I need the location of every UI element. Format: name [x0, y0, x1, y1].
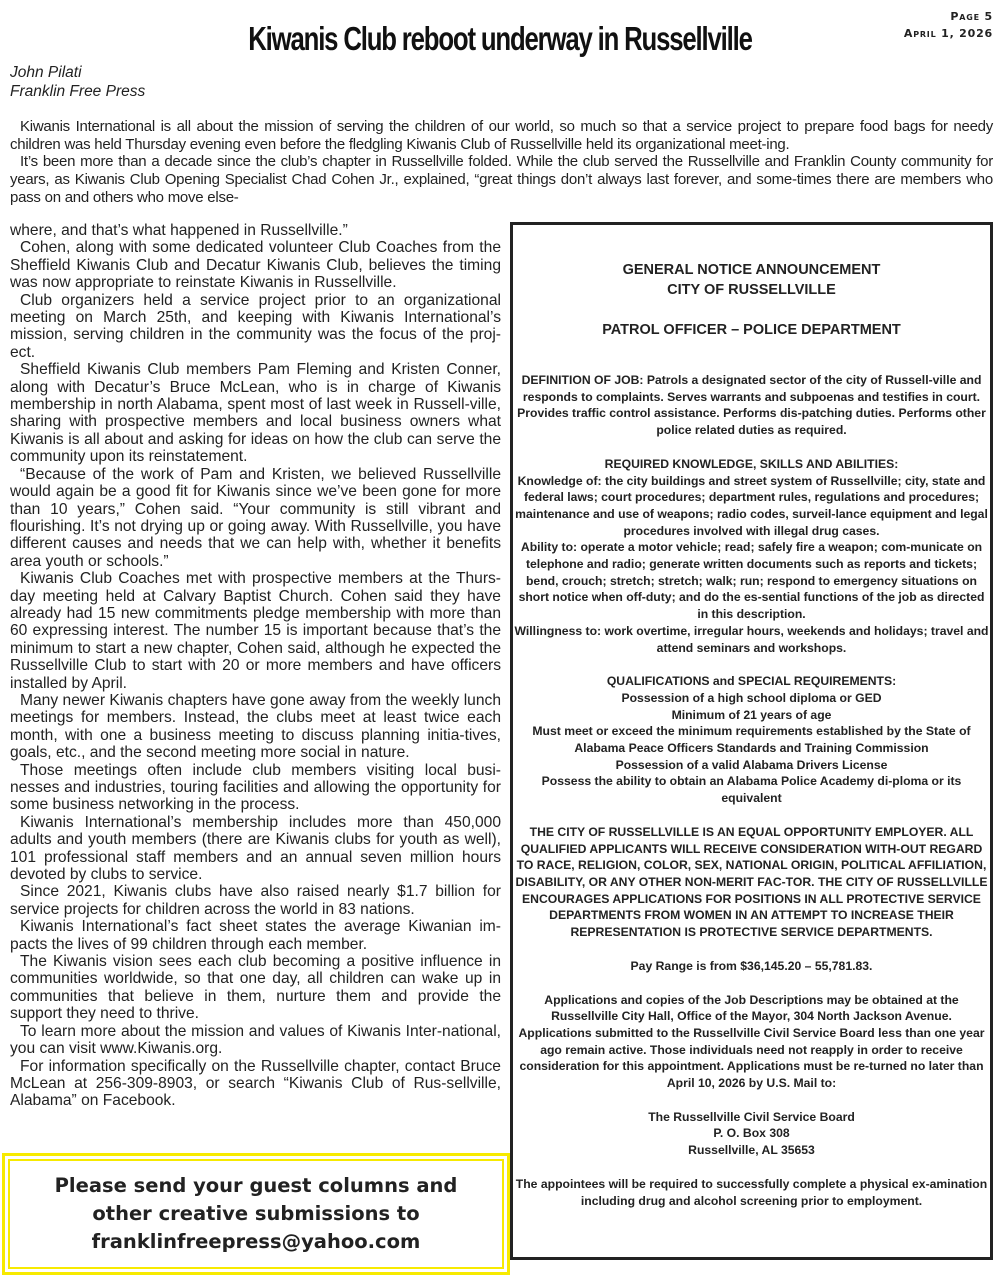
qualification-item: Must meet or exceed the minimum requirem… [514, 723, 989, 756]
eeo-statement: THE CITY OF RUSSELLVILLE IS AN EQUAL OPP… [513, 824, 990, 941]
paragraph: Many newer Kiwanis chapters have gone aw… [10, 692, 501, 762]
article-headline: Kiwanis Club reboot underway in Russellv… [110, 20, 890, 58]
job-definition: DEFINITION OF JOB: Patrols a designated … [513, 372, 990, 439]
paragraph: To learn more about the mission and valu… [10, 1023, 501, 1058]
paragraph: Those meetings often include club member… [10, 762, 501, 814]
paragraph: where, and that’s what happened in Russe… [10, 222, 501, 239]
callout-line: other creative submissions to [55, 1200, 458, 1228]
paragraph: It’s been more than a decade since the c… [10, 153, 993, 206]
byline: John Pilati Franklin Free Press [10, 63, 145, 101]
qualification-item: Minimum of 21 years of age [514, 707, 989, 724]
knowledge-skills-abilities: REQUIRED KNOWLEDGE, SKILLS AND ABILITIES… [513, 456, 990, 656]
notice-position: PATROL OFFICER – POLICE DEPARTMENT [513, 320, 990, 340]
article-column: where, and that’s what happened in Russe… [10, 222, 501, 1110]
paragraph: Club organizers held a service project p… [10, 292, 501, 362]
qualifications: QUALIFICATIONS and SPECIAL REQUIREMENTS:… [513, 673, 990, 807]
knowledge-text: Knowledge of: the city buildings and str… [514, 473, 989, 540]
issue-date: April 1, 2026 [904, 25, 993, 42]
ksa-heading: REQUIRED KNOWLEDGE, SKILLS AND ABILITIES… [514, 456, 989, 473]
notice-title: GENERAL NOTICE ANNOUNCEMENT CITY OF RUSS… [513, 260, 990, 300]
paragraph: “Because of the work of Pam and Kristen,… [10, 466, 501, 570]
qualification-item: Possession of a valid Alabama Drivers Li… [514, 757, 989, 774]
author-name: John Pilati [10, 63, 145, 82]
address-line: Russellville, AL 35653 [514, 1142, 989, 1159]
physical-exam-requirement: The appointees will be required to succe… [513, 1176, 990, 1209]
notice-title-line: GENERAL NOTICE ANNOUNCEMENT [513, 260, 990, 280]
page-meta: Page 5 April 1, 2026 [904, 8, 993, 42]
article-lead: Kiwanis International is all about the m… [10, 118, 993, 207]
paragraph: Sheffield Kiwanis Club members Pam Flemi… [10, 361, 501, 465]
address-line: The Russellville Civil Service Board [514, 1109, 989, 1126]
paragraph: Kiwanis International’s fact sheet state… [10, 918, 501, 953]
address-line: P. O. Box 308 [514, 1125, 989, 1142]
ability-text: Ability to: operate a motor vehicle; rea… [514, 539, 989, 623]
pay-range: Pay Range is from $36,145.20 – 55,781.83… [513, 958, 990, 975]
qualification-item: Possession of a high school diploma or G… [514, 690, 989, 707]
paragraph: The Kiwanis vision sees each club becomi… [10, 953, 501, 1023]
callout-line: Please send your guest columns and [55, 1172, 458, 1200]
paragraph: Since 2021, Kiwanis clubs have also rais… [10, 883, 501, 918]
willingness-text: Willingness to: work overtime, irregular… [514, 623, 989, 656]
application-instructions: Applications and copies of the Job Descr… [513, 992, 990, 1092]
submission-callout: Please send your guest columns and other… [2, 1153, 510, 1275]
paragraph: Cohen, along with some dedicated volunte… [10, 239, 501, 291]
paragraph: Kiwanis International’s membership inclu… [10, 814, 501, 884]
publication-name: Franklin Free Press [10, 82, 145, 101]
submission-callout-inner: Please send your guest columns and other… [8, 1159, 504, 1269]
qualifications-heading: QUALIFICATIONS and SPECIAL REQUIREMENTS: [514, 673, 989, 690]
paragraph: For information specifically on the Russ… [10, 1058, 501, 1110]
qualification-item: Possess the ability to obtain an Alabama… [514, 773, 989, 806]
paragraph: Kiwanis International is all about the m… [10, 118, 993, 153]
submission-email-link[interactable]: franklinfreepress@yahoo.com [55, 1228, 458, 1256]
mail-address: The Russellville Civil Service Board P. … [513, 1109, 990, 1159]
job-notice-box: GENERAL NOTICE ANNOUNCEMENT CITY OF RUSS… [510, 222, 993, 1260]
paragraph: Kiwanis Club Coaches met with prospectiv… [10, 570, 501, 692]
notice-title-line: CITY OF RUSSELLVILLE [513, 280, 990, 300]
page-number: Page 5 [904, 8, 993, 25]
